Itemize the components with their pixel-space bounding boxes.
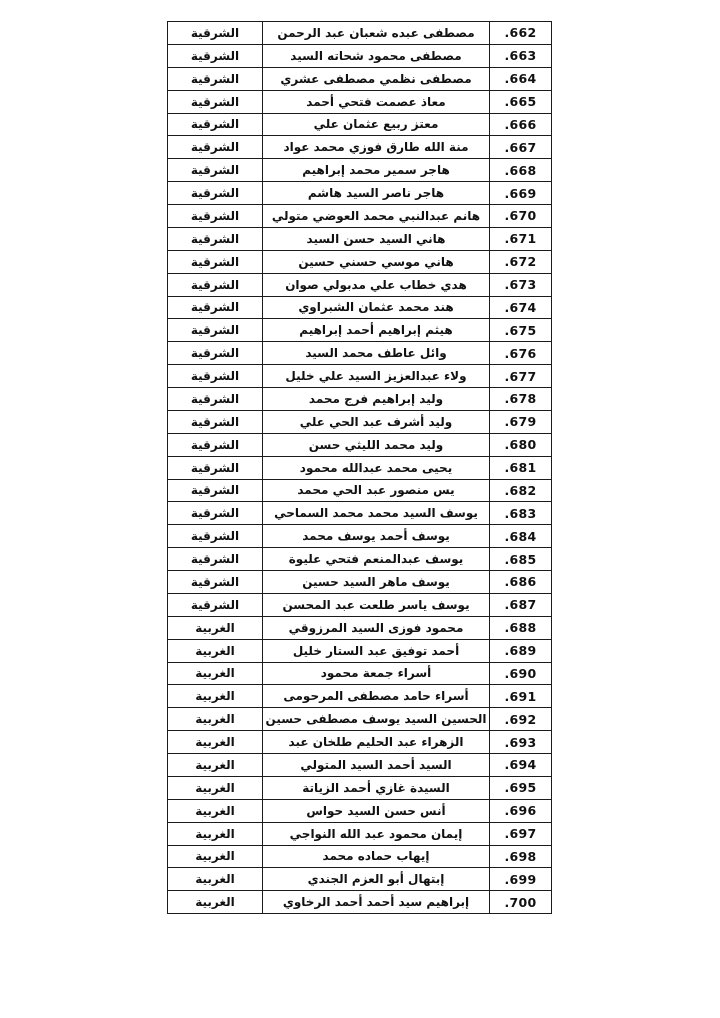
governorate-cell: الشرقية bbox=[168, 182, 263, 204]
name-cell: محمود فوزى السيد المرزوقي bbox=[263, 617, 490, 639]
name-cell: يس منصور عبد الحي محمد bbox=[263, 480, 490, 502]
name-cell: وائل عاطف محمد السيد bbox=[263, 342, 490, 364]
name-cell: إيمان محمود عبد الله النواجي bbox=[263, 823, 490, 845]
serial-cell: .669 bbox=[490, 182, 551, 204]
name-cell: هدي خطاب علي مدبولي صوان bbox=[263, 274, 490, 296]
table-row: الغربيةأنس حسن السيد حواس.696 bbox=[168, 800, 551, 823]
table-row: الغربيةالسيدة غازي أحمد الزياتة.695 bbox=[168, 777, 551, 800]
governorate-cell: الشرقية bbox=[168, 342, 263, 364]
table-row: الشرقيةهاجر ناصر السيد هاشم.669 bbox=[168, 182, 551, 205]
serial-cell: .685 bbox=[490, 548, 551, 570]
table-row: الشرقيةمعاذ عصمت فتحي أحمد.665 bbox=[168, 91, 551, 114]
governorate-cell: الغربية bbox=[168, 891, 263, 913]
serial-cell: .680 bbox=[490, 434, 551, 456]
governorate-cell: الشرقية bbox=[168, 594, 263, 616]
name-cell: السيد أحمد السيد المتولي bbox=[263, 754, 490, 776]
governorate-cell: الشرقية bbox=[168, 297, 263, 319]
name-cell: هانم عبدالنبي محمد العوضي متولي bbox=[263, 205, 490, 227]
serial-cell: .673 bbox=[490, 274, 551, 296]
name-cell: إبتهال أبو العزم الجندي bbox=[263, 868, 490, 890]
serial-cell: .672 bbox=[490, 251, 551, 273]
name-cell: السيدة غازي أحمد الزياتة bbox=[263, 777, 490, 799]
name-cell: الحسين السيد يوسف مصطفى حسين bbox=[263, 708, 490, 730]
governorate-cell: الشرقية bbox=[168, 457, 263, 479]
name-cell: يوسف عبدالمنعم فتحي عليوة bbox=[263, 548, 490, 570]
table-row: الغربيةمحمود فوزى السيد المرزوقي.688 bbox=[168, 617, 551, 640]
serial-cell: .668 bbox=[490, 159, 551, 181]
name-cell: هند محمد عثمان الشبراوي bbox=[263, 297, 490, 319]
governorate-cell: الغربية bbox=[168, 754, 263, 776]
name-cell: إيهاب حماده محمد bbox=[263, 846, 490, 868]
name-cell: الزهراء عبد الحليم طلخان عبد bbox=[263, 731, 490, 753]
name-cell: يوسف ياسر طلعت عبد المحسن bbox=[263, 594, 490, 616]
governorate-cell: الشرقية bbox=[168, 388, 263, 410]
name-cell: ولاء عبدالعزيز السيد علي خليل bbox=[263, 365, 490, 387]
table-row: الشرقيةهاني السيد حسن السيد.671 bbox=[168, 228, 551, 251]
table-row: الشرقيةمصطفى عبده شعبان عبد الرحمن.662 bbox=[168, 22, 551, 45]
governorate-cell: الشرقية bbox=[168, 365, 263, 387]
serial-cell: .700 bbox=[490, 891, 551, 913]
governorate-cell: الغربية bbox=[168, 685, 263, 707]
serial-cell: .689 bbox=[490, 640, 551, 662]
serial-cell: .663 bbox=[490, 45, 551, 67]
table-row: الشرقيةيحيى محمد عبدالله محمود.681 bbox=[168, 457, 551, 480]
name-cell: وليد إبراهيم فرج محمد bbox=[263, 388, 490, 410]
name-cell: هاجر سمير محمد إبراهيم bbox=[263, 159, 490, 181]
governorate-cell: الشرقية bbox=[168, 45, 263, 67]
table-row: الغربيةأسراء جمعة محمود.690 bbox=[168, 663, 551, 686]
name-cell: هاجر ناصر السيد هاشم bbox=[263, 182, 490, 204]
table-row: الشرقيةمصطفى محمود شحاته السيد.663 bbox=[168, 45, 551, 68]
table-row: الشرقيةوليد محمد الليثي حسن.680 bbox=[168, 434, 551, 457]
name-cell: أنس حسن السيد حواس bbox=[263, 800, 490, 822]
name-cell: يحيى محمد عبدالله محمود bbox=[263, 457, 490, 479]
governorate-cell: الشرقية bbox=[168, 251, 263, 273]
table-row: الشرقيةهانم عبدالنبي محمد العوضي متولي.6… bbox=[168, 205, 551, 228]
serial-cell: .674 bbox=[490, 297, 551, 319]
name-cell: مصطفى نظمي مصطفى عشري bbox=[263, 68, 490, 90]
table-row: الغربيةأحمد توفيق عبد الستار خليل.689 bbox=[168, 640, 551, 663]
name-cell: يوسف السيد محمد محمد السماحي bbox=[263, 502, 490, 524]
governorate-cell: الغربية bbox=[168, 640, 263, 662]
table-row: الشرقيةوليد إبراهيم فرج محمد.678 bbox=[168, 388, 551, 411]
governorate-cell: الشرقية bbox=[168, 525, 263, 547]
table-row: الغربيةإبراهيم سيد أحمد أحمد الرخاوي.700 bbox=[168, 891, 551, 913]
name-cell: أسراء حامد مصطفى المرحومى bbox=[263, 685, 490, 707]
governorate-cell: الغربية bbox=[168, 777, 263, 799]
name-cell: أحمد توفيق عبد الستار خليل bbox=[263, 640, 490, 662]
name-cell: وليد أشرف عبد الحي علي bbox=[263, 411, 490, 433]
name-cell: هاني موسي حسني حسين bbox=[263, 251, 490, 273]
governorate-cell: الشرقية bbox=[168, 480, 263, 502]
table-row: الشرقيةهند محمد عثمان الشبراوي.674 bbox=[168, 297, 551, 320]
table-row: الشرقيةمعتز ربيع عثمان علي.666 bbox=[168, 114, 551, 137]
governorate-cell: الغربية bbox=[168, 800, 263, 822]
table-row: الشرقيةيس منصور عبد الحي محمد.682 bbox=[168, 480, 551, 503]
governorate-cell: الشرقية bbox=[168, 502, 263, 524]
table-row: الغربيةالزهراء عبد الحليم طلخان عبد.693 bbox=[168, 731, 551, 754]
table-row: الغربيةالسيد أحمد السيد المتولي.694 bbox=[168, 754, 551, 777]
table-row: الشرقيةهاني موسي حسني حسين.672 bbox=[168, 251, 551, 274]
serial-cell: .691 bbox=[490, 685, 551, 707]
governorate-cell: الشرقية bbox=[168, 91, 263, 113]
name-cell: إبراهيم سيد أحمد أحمد الرخاوي bbox=[263, 891, 490, 913]
table-row: الشرقيةوليد أشرف عبد الحي علي.679 bbox=[168, 411, 551, 434]
governorate-cell: الشرقية bbox=[168, 548, 263, 570]
serial-cell: .683 bbox=[490, 502, 551, 524]
governorate-cell: الشرقية bbox=[168, 68, 263, 90]
serial-cell: .684 bbox=[490, 525, 551, 547]
governorate-cell: الشرقية bbox=[168, 274, 263, 296]
governorate-cell: الغربية bbox=[168, 617, 263, 639]
table-row: الغربيةإيهاب حماده محمد.698 bbox=[168, 846, 551, 869]
serial-cell: .666 bbox=[490, 114, 551, 136]
serial-cell: .687 bbox=[490, 594, 551, 616]
serial-cell: .699 bbox=[490, 868, 551, 890]
governorate-cell: الشرقية bbox=[168, 228, 263, 250]
name-cell: يوسف أحمد يوسف محمد bbox=[263, 525, 490, 547]
name-cell: معتز ربيع عثمان علي bbox=[263, 114, 490, 136]
governorate-cell: الغربية bbox=[168, 868, 263, 890]
name-cell: يوسف ماهر السيد حسين bbox=[263, 571, 490, 593]
serial-cell: .696 bbox=[490, 800, 551, 822]
serial-cell: .675 bbox=[490, 319, 551, 341]
governorate-cell: الشرقية bbox=[168, 411, 263, 433]
table-row: الشرقيةيوسف السيد محمد محمد السماحي.683 bbox=[168, 502, 551, 525]
serial-cell: .694 bbox=[490, 754, 551, 776]
governorate-cell: الشرقية bbox=[168, 22, 263, 44]
table-row: الشرقيةولاء عبدالعزيز السيد علي خليل.677 bbox=[168, 365, 551, 388]
name-cell: معاذ عصمت فتحي أحمد bbox=[263, 91, 490, 113]
table-row: الشرقيةيوسف ياسر طلعت عبد المحسن.687 bbox=[168, 594, 551, 617]
table-row: الغربيةالحسين السيد يوسف مصطفى حسين.692 bbox=[168, 708, 551, 731]
serial-cell: .667 bbox=[490, 136, 551, 158]
governorate-cell: الشرقية bbox=[168, 159, 263, 181]
serial-cell: .676 bbox=[490, 342, 551, 364]
table-row: الشرقيةهدي خطاب علي مدبولي صوان.673 bbox=[168, 274, 551, 297]
governorate-cell: الشرقية bbox=[168, 434, 263, 456]
governorate-cell: الغربية bbox=[168, 663, 263, 685]
serial-cell: .677 bbox=[490, 365, 551, 387]
table-row: الشرقيةيوسف عبدالمنعم فتحي عليوة.685 bbox=[168, 548, 551, 571]
serial-cell: .679 bbox=[490, 411, 551, 433]
table-row: الشرقيةمصطفى نظمي مصطفى عشري.664 bbox=[168, 68, 551, 91]
governorate-cell: الغربية bbox=[168, 846, 263, 868]
governorate-cell: الشرقية bbox=[168, 136, 263, 158]
governorate-cell: الشرقية bbox=[168, 114, 263, 136]
names-roster-table: الشرقيةمصطفى عبده شعبان عبد الرحمن.662ال… bbox=[167, 21, 552, 914]
table-row: الغربيةإبتهال أبو العزم الجندي.699 bbox=[168, 868, 551, 891]
name-cell: هاني السيد حسن السيد bbox=[263, 228, 490, 250]
serial-cell: .695 bbox=[490, 777, 551, 799]
serial-cell: .665 bbox=[490, 91, 551, 113]
table-row: الشرقيةهاجر سمير محمد إبراهيم.668 bbox=[168, 159, 551, 182]
name-cell: أسراء جمعة محمود bbox=[263, 663, 490, 685]
serial-cell: .681 bbox=[490, 457, 551, 479]
table-row: الشرقيةمنة الله طارق فوزي محمد عواد.667 bbox=[168, 136, 551, 159]
serial-cell: .686 bbox=[490, 571, 551, 593]
serial-cell: .662 bbox=[490, 22, 551, 44]
governorate-cell: الغربية bbox=[168, 708, 263, 730]
governorate-cell: الشرقية bbox=[168, 319, 263, 341]
governorate-cell: الغربية bbox=[168, 731, 263, 753]
governorate-cell: الغربية bbox=[168, 823, 263, 845]
serial-cell: .682 bbox=[490, 480, 551, 502]
table-row: الشرقيةوائل عاطف محمد السيد.676 bbox=[168, 342, 551, 365]
serial-cell: .678 bbox=[490, 388, 551, 410]
governorate-cell: الشرقية bbox=[168, 571, 263, 593]
serial-cell: .698 bbox=[490, 846, 551, 868]
table-row: الشرقيةهيثم إبراهيم أحمد إبراهيم.675 bbox=[168, 319, 551, 342]
name-cell: منة الله طارق فوزي محمد عواد bbox=[263, 136, 490, 158]
name-cell: مصطفى محمود شحاته السيد bbox=[263, 45, 490, 67]
serial-cell: .693 bbox=[490, 731, 551, 753]
serial-cell: .664 bbox=[490, 68, 551, 90]
table-row: الغربيةأسراء حامد مصطفى المرحومى.691 bbox=[168, 685, 551, 708]
serial-cell: .690 bbox=[490, 663, 551, 685]
serial-cell: .670 bbox=[490, 205, 551, 227]
serial-cell: .688 bbox=[490, 617, 551, 639]
serial-cell: .697 bbox=[490, 823, 551, 845]
name-cell: وليد محمد الليثي حسن bbox=[263, 434, 490, 456]
table-row: الشرقيةيوسف أحمد يوسف محمد.684 bbox=[168, 525, 551, 548]
name-cell: هيثم إبراهيم أحمد إبراهيم bbox=[263, 319, 490, 341]
governorate-cell: الشرقية bbox=[168, 205, 263, 227]
serial-cell: .692 bbox=[490, 708, 551, 730]
table-row: الغربيةإيمان محمود عبد الله النواجي.697 bbox=[168, 823, 551, 846]
table-row: الشرقيةيوسف ماهر السيد حسين.686 bbox=[168, 571, 551, 594]
name-cell: مصطفى عبده شعبان عبد الرحمن bbox=[263, 22, 490, 44]
serial-cell: .671 bbox=[490, 228, 551, 250]
